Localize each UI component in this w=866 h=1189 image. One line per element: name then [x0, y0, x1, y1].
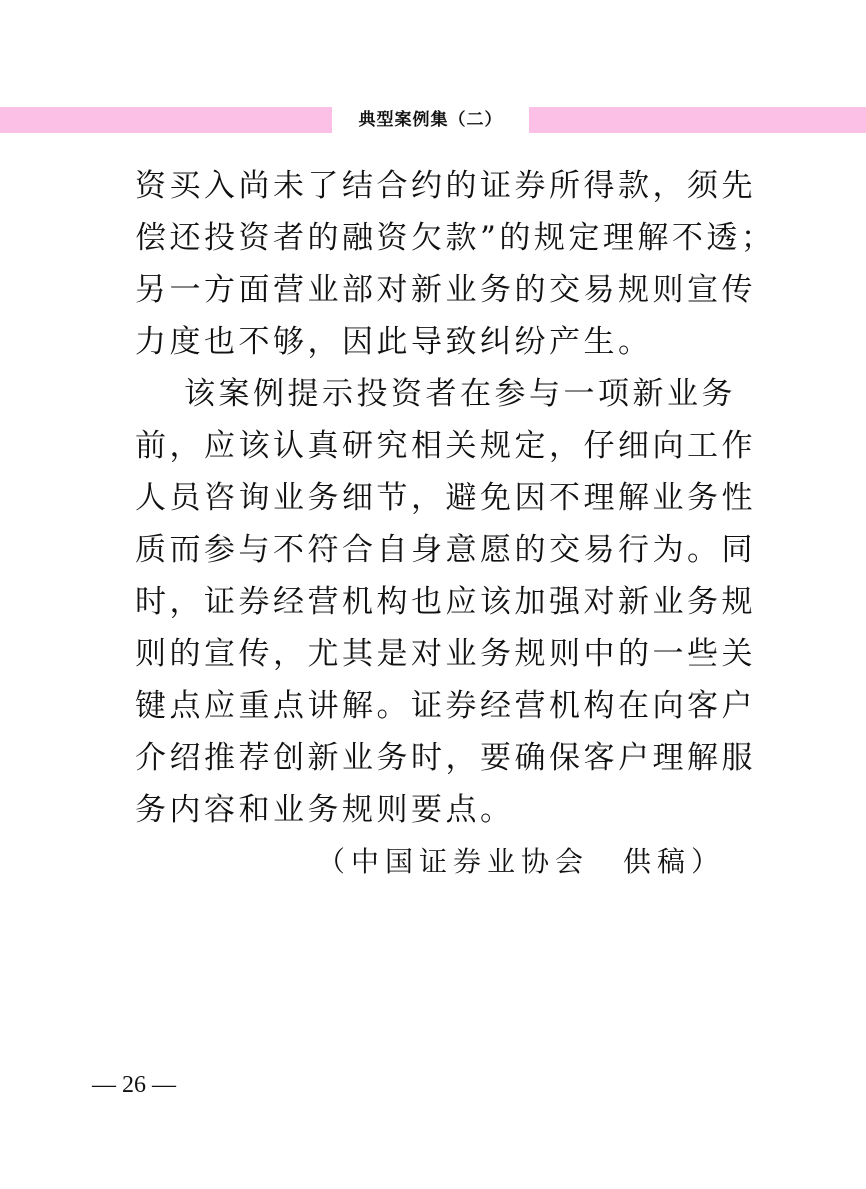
text-line: 键点应重点讲解。证券经营机构在向客户	[135, 680, 725, 732]
text-line: 力度也不够，因此导致纠纷产生。	[135, 316, 725, 368]
text-line: 另一方面营业部对新业务的交易规则宣传	[135, 264, 725, 316]
text-line: 人员咨询业务细节，避免因不理解业务性	[135, 472, 725, 524]
text-line: 前，应该认真研究相关规定，仔细向工作	[135, 420, 725, 472]
page-number: — 26 —	[92, 1072, 176, 1099]
text-line: 质而参与不符合自身意愿的交易行为。同	[135, 524, 725, 576]
text-line: 则的宣传，尤其是对业务规则中的一些关	[135, 628, 725, 680]
paragraph-1: 资买入尚未了结合约的证券所得款，须先 偿还投资者的融资欠款”的规定理解不透； 另…	[135, 160, 725, 368]
text-line: 时，证券经营机构也应该加强对新业务规	[135, 576, 725, 628]
running-header-title: 典型案例集（二）	[332, 107, 529, 133]
text-line: 资买入尚未了结合约的证券所得款，须先	[135, 160, 725, 212]
text-line: 介绍推荐创新业务时，要确保客户理解服	[135, 732, 725, 784]
source-attribution: （中国证券业协会 供稿）	[317, 836, 725, 888]
text-line: 该案例提示投资者在参与一项新业务	[135, 368, 725, 420]
text-line: 偿还投资者的融资欠款”的规定理解不透；	[135, 212, 725, 264]
header-band-left	[0, 107, 332, 133]
paragraph-2: 该案例提示投资者在参与一项新业务 前，应该认真研究相关规定，仔细向工作 人员咨询…	[135, 368, 725, 836]
body-text: 资买入尚未了结合约的证券所得款，须先 偿还投资者的融资欠款”的规定理解不透； 另…	[135, 160, 725, 836]
text-line: 务内容和业务规则要点。	[135, 784, 725, 836]
header-band-right	[529, 107, 866, 133]
